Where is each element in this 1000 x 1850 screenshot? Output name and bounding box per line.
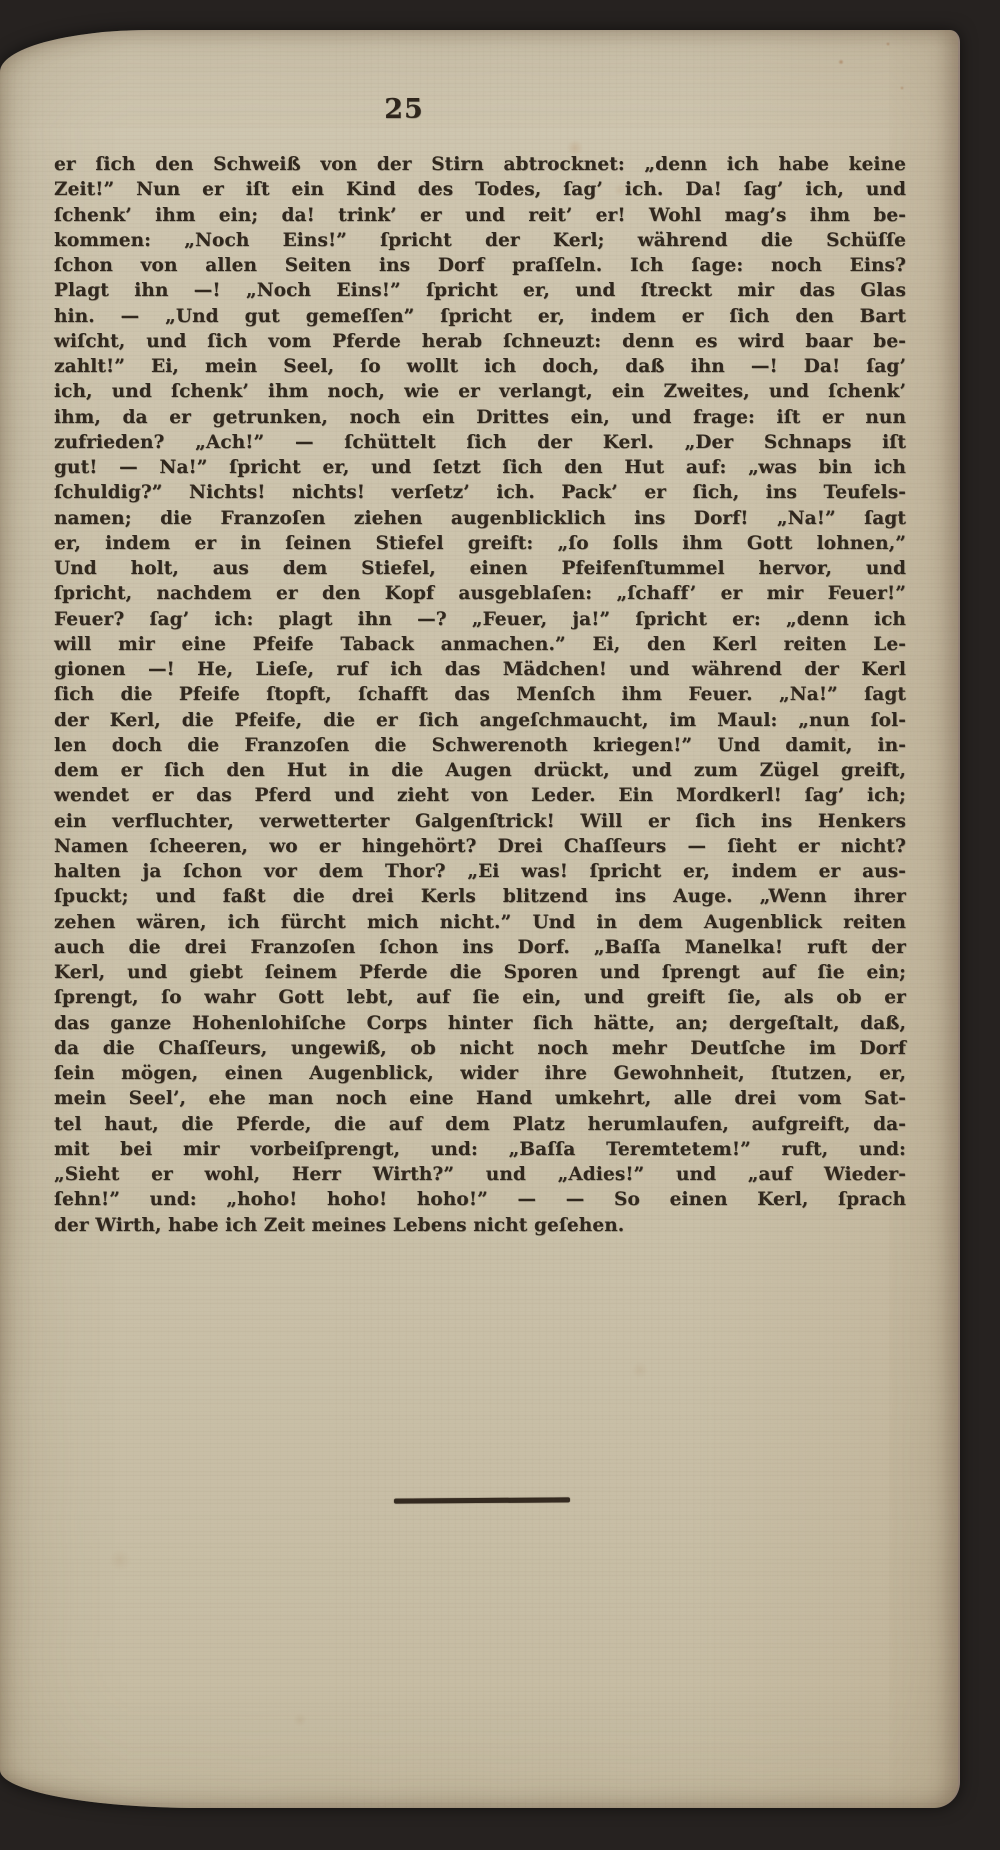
text-line: Zeit!” Nun er iſt ein Kind des Todes, ſa… (54, 177, 906, 202)
text-line: ein verfluchter, verwetterter Galgenſtri… (54, 809, 906, 834)
text-line: ihm, da er getrunken, noch ein Drittes e… (54, 405, 906, 430)
text-line: er ſich den Schweiß von der Stirn abtroc… (54, 152, 906, 177)
text-line: er, indem er in ſeinen Stiefel greift: „… (54, 531, 906, 556)
text-line: tel haut, die Pferde, die auf dem Platz … (54, 1112, 906, 1137)
text-line: mein Seel’, ehe man noch eine Hand umkeh… (54, 1086, 906, 1111)
text-line: ſich die Pfeife ſtopft, ſchafft das Menſ… (54, 682, 906, 707)
text-line: Namen ſcheeren, wo er hingehört? Drei Ch… (54, 834, 906, 859)
text-line: da die Chaſſeurs, ungewiß, ob nicht noch… (54, 1036, 906, 1061)
page-number: 25 (354, 94, 454, 125)
text-line: wiſcht, und ſich vom Pferde herab ſchneu… (54, 329, 906, 354)
text-line: Plagt ihn —! „Noch Eins!” ſpricht er, un… (54, 278, 906, 303)
text-line: hin. — „Und gut gemeſſen” ſpricht er, in… (54, 304, 906, 329)
text-line: halten ja ſchon vor dem Thor? „Ei was! ſ… (54, 859, 906, 884)
text-line: mit bei mir vorbeiſprengt, und: „Baſſa T… (54, 1137, 906, 1162)
text-line: zehen wären, ich fürcht mich nicht.” Und… (54, 910, 906, 935)
page-text: er ſich den Schweiß von der Stirn abtroc… (54, 152, 906, 1238)
text-line: ſchuldig?” Nichts! nichts! verſetz’ ich.… (54, 480, 906, 505)
text-line: ſpuckt; und faßt die drei Kerls blitzend… (54, 884, 906, 909)
text-line: ſehn!” und: „hoho! hoho! hoho!” — — So e… (54, 1187, 906, 1212)
text-line: zahlt!” Ei, mein Seel, ſo wollt ich doch… (54, 354, 906, 379)
end-divider (394, 1497, 570, 1503)
text-line: ſein mögen, einen Augenblick, wider ihre… (54, 1061, 906, 1086)
text-line: will mir eine Pfeife Taback anmachen.” E… (54, 632, 906, 657)
text-line: ich, und ſchenk’ ihm noch, wie er verlan… (54, 379, 906, 404)
text-line: auch die drei Franzoſen ſchon ins Dorf. … (54, 935, 906, 960)
text-line: zufrieden? „Ach!” — ſchüttelt ſich der K… (54, 430, 906, 455)
text-line: ſchenk’ ihm ein; da! trink’ er und reit’… (54, 203, 906, 228)
text-line: Kerl, und giebt ſeinem Pferde die Sporen… (54, 960, 906, 985)
text-line: namen; die Franzoſen ziehen augenblickli… (54, 506, 906, 531)
text-line: ſpricht, nachdem er den Kopf ausgeblaſen… (54, 581, 906, 606)
text-line: der Kerl, die Pfeife, die er ſich angeſc… (54, 708, 906, 733)
text-line: das ganze Hohenlohiſche Corps hinter ſic… (54, 1011, 906, 1036)
text-line: len doch die Franzoſen die Schwerenoth k… (54, 733, 906, 758)
book-page: 25 er ſich den Schweiß von der Stirn abt… (0, 30, 960, 1808)
text-line: Feuer? ſag’ ich: plagt ihn —? „Feuer, ja… (54, 607, 906, 632)
text-line: gionen —! He, Lieſe, ruf ich das Mädchen… (54, 657, 906, 682)
text-line: kommen: „Noch Eins!” ſpricht der Kerl; w… (54, 228, 906, 253)
text-line: der Wirth, habe ich Zeit meines Lebens n… (54, 1213, 906, 1238)
text-line: „Sieht er wohl, Herr Wirth?” und „Adies!… (54, 1162, 906, 1187)
text-line: Und holt, aus dem Stiefel, einen Pfeifen… (54, 556, 906, 581)
text-line: wendet er das Pferd und zieht von Leder.… (54, 783, 906, 808)
text-line: dem er ſich den Hut in die Augen drückt,… (54, 758, 906, 783)
text-line: gut! — Na!” ſpricht er, und ſetzt ſich d… (54, 455, 906, 480)
text-line: ſchon von allen Seiten ins Dorf praſſeln… (54, 253, 906, 278)
text-line: ſprengt, ſo wahr Gott lebt, auf ſie ein,… (54, 985, 906, 1010)
